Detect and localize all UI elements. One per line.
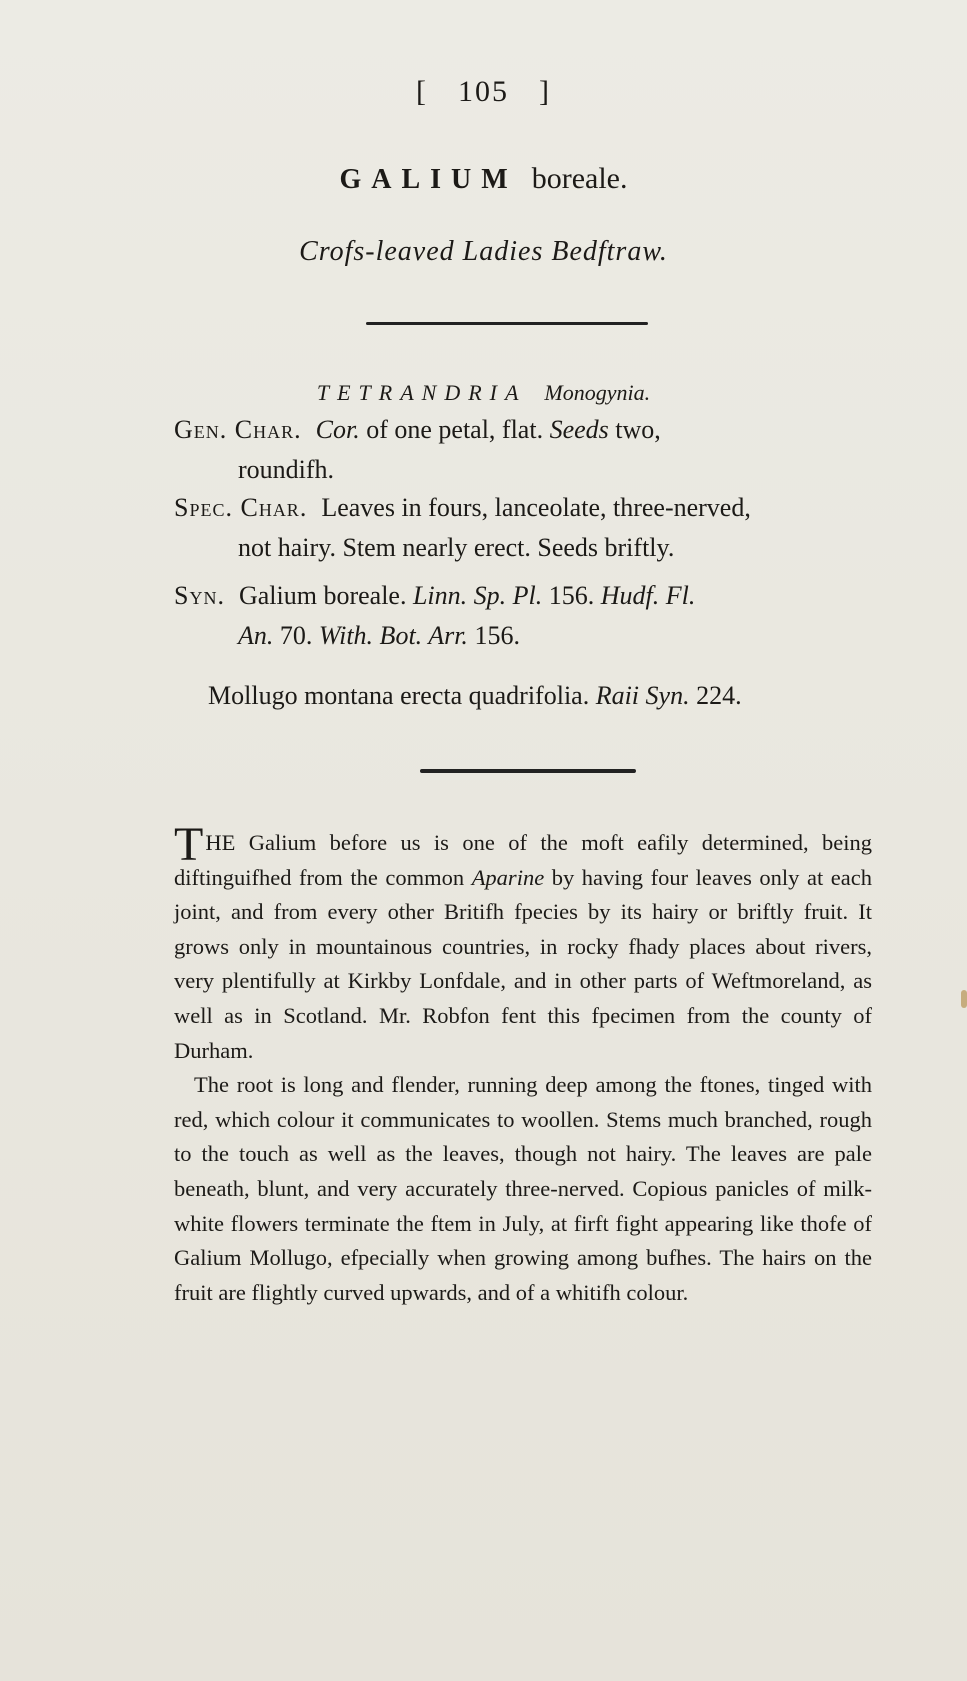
paper-stain [961, 990, 967, 1008]
paragraph-1: THE Galium before us is one of the moft … [174, 826, 872, 1068]
species-title: GALIUMboreale. [0, 162, 967, 196]
divider-rule [366, 322, 648, 325]
synonyms: Syn.Galium boreale. Linn. Sp. Pl. 156. H… [174, 576, 874, 656]
generic-character: Gen. Char.Cor. of one petal, flat. Seeds… [174, 410, 874, 490]
book-page: [105] GALIUMboreale. Crofs-leaved Ladies… [0, 0, 967, 1681]
linnaean-class: TETRANDRIAMonogynia. [0, 380, 967, 406]
drop-cap: T [174, 830, 203, 860]
paragraph-2: The root is long and flender, running de… [174, 1068, 872, 1310]
description-text: THE Galium before us is one of the moft … [174, 826, 872, 1310]
page-number: [105] [0, 75, 967, 109]
genus-name: GALIUM [339, 164, 517, 195]
divider-rule [420, 769, 636, 773]
synonym-ray: Mollugo montana erecta quadrifolia. Raii… [174, 676, 908, 716]
specific-character: Spec. Char.Leaves in fours, lanceolate, … [174, 488, 874, 568]
common-name: Crofs-leaved Ladies Bedftraw. [0, 236, 967, 268]
species-name: boreale. [532, 162, 628, 195]
